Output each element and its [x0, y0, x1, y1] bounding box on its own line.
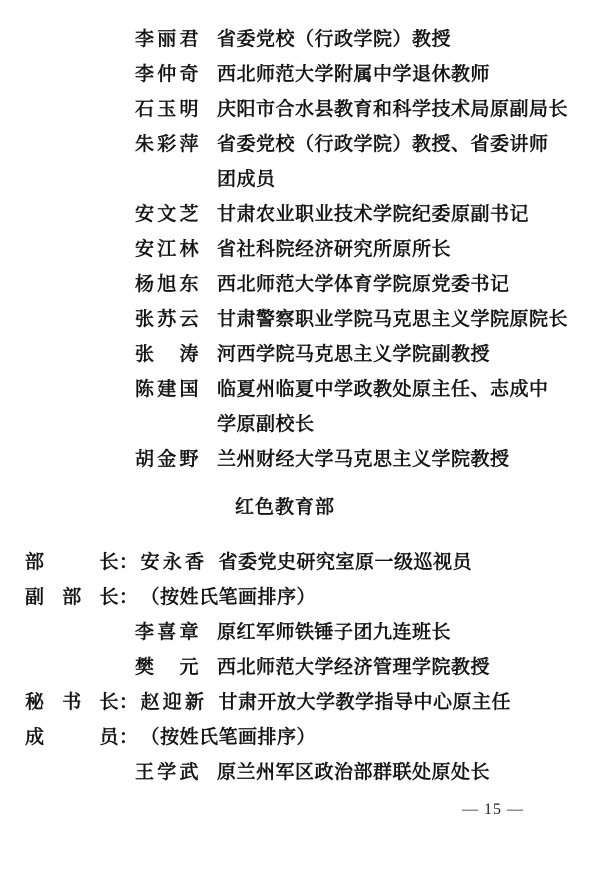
- appointment-list-continued: 李丽君省委党校（行政学院）教授 李仲奇西北师范大学附属中学退休教师 石玉明庆阳市…: [0, 22, 610, 477]
- list-item: 朱彩萍省委党校（行政学院）教授、省委讲师 团成员: [0, 127, 610, 197]
- list-item: 杨旭东西北师范大学体育学院原党委书记: [0, 267, 610, 302]
- member-title: 甘肃农业职业技术学院纪委原副书记: [217, 197, 573, 232]
- member-title: 原红军师铁锤子团九连班长: [217, 615, 573, 650]
- member-name: 石玉明: [135, 92, 199, 127]
- member-name: 张苏云: [135, 302, 199, 337]
- list-item: 陈建国临夏州临夏中学政教处原主任、志成中 学原副校长: [0, 372, 610, 442]
- list-item: 张涛河西学院马克思主义学院副教授: [0, 337, 610, 372]
- list-item: 王学武原兰州军区政治部群联处原处长: [0, 755, 610, 790]
- role-label: 部长: [25, 545, 119, 580]
- member-name: 樊元: [135, 650, 199, 685]
- member-title: 西北师范大学体育学院原党委书记: [217, 267, 573, 302]
- member-title: 原兰州军区政治部群联处原处长: [217, 755, 573, 790]
- member-title: 庆阳市合水县教育和科学技术局原副局长: [217, 92, 573, 127]
- sorting-note: （按姓氏笔画排序）: [141, 720, 317, 755]
- role-colon: ：: [119, 685, 139, 720]
- list-item: 樊元西北师范大学经济管理学院教授: [0, 650, 610, 685]
- member-title: 省委党校（行政学院）教授、省委讲师 团成员: [217, 127, 573, 197]
- member-name: 朱彩萍: [135, 127, 199, 162]
- member-name: 安江林: [135, 232, 199, 267]
- member-title: 省委党校（行政学院）教授: [217, 22, 573, 57]
- role-colon: ：: [119, 720, 139, 755]
- list-item: 李丽君省委党校（行政学院）教授: [0, 22, 610, 57]
- sorting-note: （按姓氏笔画排序）: [141, 580, 317, 615]
- list-item: 张苏云甘肃警察职业学院马克思主义学院原院长: [0, 302, 610, 337]
- role-row-minister: 部长：安永香省委党史研究室原一级巡视员: [0, 545, 610, 580]
- member-name: 张涛: [135, 337, 199, 372]
- member-name: 杨旭东: [135, 267, 199, 302]
- member-name: 陈建国: [135, 372, 199, 407]
- role-person-title: 省委党史研究室原一级巡视员: [219, 545, 575, 580]
- member-title: 西北师范大学附属中学退休教师: [217, 57, 573, 92]
- document-page: 李丽君省委党校（行政学院）教授 李仲奇西北师范大学附属中学退休教师 石玉明庆阳市…: [0, 0, 610, 891]
- member-title: 兰州财经大学马克思主义学院教授: [217, 442, 573, 477]
- role-label: 成员: [25, 720, 119, 755]
- member-title: 甘肃警察职业学院马克思主义学院原院长: [217, 302, 573, 337]
- list-item: 安江林省社科院经济研究所原所长: [0, 232, 610, 267]
- member-title: 西北师范大学经济管理学院教授: [217, 650, 573, 685]
- department-roster: 部长：安永香省委党史研究室原一级巡视员 副部长：（按姓氏笔画排序） 李喜章原红军…: [0, 545, 610, 790]
- list-item: 石玉明庆阳市合水县教育和科学技术局原副局长: [0, 92, 610, 127]
- member-name: 李丽君: [135, 22, 199, 57]
- role-person-title: 甘肃开放大学教学指导中心原主任: [219, 685, 575, 720]
- member-title: 省社科院经济研究所原所长: [217, 232, 573, 267]
- member-name: 李仲奇: [135, 57, 199, 92]
- list-item: 安文芝甘肃农业职业技术学院纪委原副书记: [0, 197, 610, 232]
- member-name: 胡金野: [135, 442, 199, 477]
- role-colon: ：: [119, 580, 139, 615]
- role-row-members: 成员：（按姓氏笔画排序）: [0, 720, 610, 755]
- member-name: 王学武: [135, 755, 199, 790]
- role-person-name: 赵迎新: [141, 685, 205, 720]
- role-row-deputy-minister: 副部长：（按姓氏笔画排序）: [0, 580, 610, 615]
- member-name: 安文芝: [135, 197, 199, 232]
- role-label: 秘书长: [25, 685, 119, 720]
- list-item: 胡金野兰州财经大学马克思主义学院教授: [0, 442, 610, 477]
- list-item: 李仲奇西北师范大学附属中学退休教师: [0, 57, 610, 92]
- role-label: 副部长: [25, 580, 119, 615]
- list-item: 李喜章原红军师铁锤子团九连班长: [0, 615, 610, 650]
- role-colon: ：: [119, 545, 139, 580]
- role-person-name: 安永香: [141, 545, 205, 580]
- section-heading: 红色教育部: [0, 490, 570, 525]
- role-row-secretary-general: 秘书长：赵迎新甘肃开放大学教学指导中心原主任: [0, 685, 610, 720]
- member-title: 河西学院马克思主义学院副教授: [217, 337, 573, 372]
- member-title: 临夏州临夏中学政教处原主任、志成中 学原副校长: [217, 372, 573, 442]
- member-name: 李喜章: [135, 615, 199, 650]
- page-number: — 15 —: [0, 798, 610, 822]
